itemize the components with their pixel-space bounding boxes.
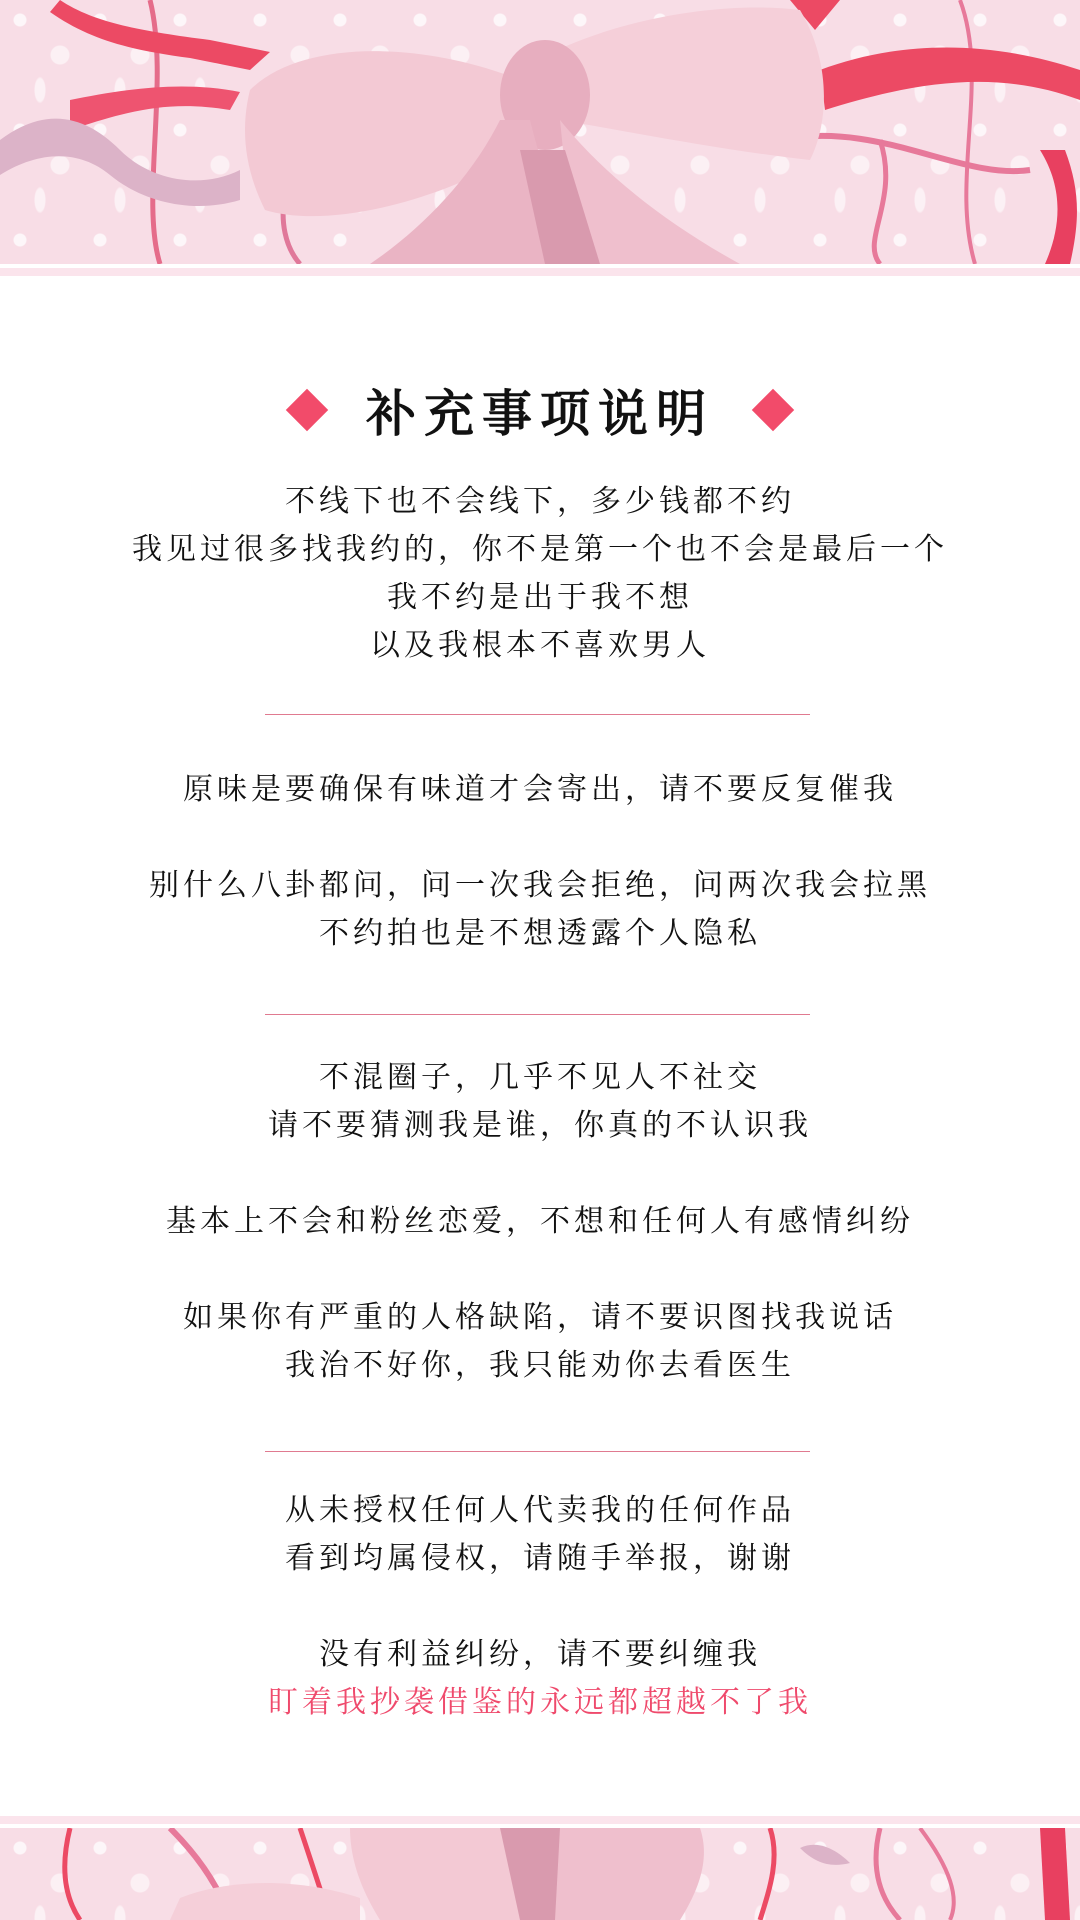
text-line: 没有利益纠纷，请不要纠缠我 (0, 1631, 1080, 1679)
text-line: 如果你有严重的人格缺陷，请不要识图找我说话 (0, 1294, 1080, 1342)
text-line: 不混圈子，几乎不见人不社交 (0, 1054, 1080, 1102)
section-2: 原味是要确保有味道才会寄出，请不要反复催我 别什么八卦都问，问一次我会拒绝，问两… (0, 766, 1080, 958)
title-row: 补充事项说明 (0, 372, 1080, 448)
header-divider-band (0, 268, 1080, 276)
section-divider (265, 1451, 810, 1452)
section-divider (265, 1014, 810, 1015)
header-bow-banner (0, 0, 1080, 264)
text-line: 不约拍也是不想透露个人隐私 (0, 910, 1080, 958)
text-line: 请不要猜测我是谁，你真的不认识我 (0, 1102, 1080, 1150)
bow-ribbon-illustration (0, 1828, 1080, 1920)
text-line: 我见过很多找我约的，你不是第一个也不会是最后一个 (0, 526, 1080, 574)
bow-ribbon-illustration (0, 0, 1080, 264)
diamond-icon (752, 389, 794, 431)
section-1: 不线下也不会线下，多少钱都不约 我见过很多找我约的，你不是第一个也不会是最后一个… (0, 478, 1080, 670)
section-3: 不混圈子，几乎不见人不社交 请不要猜测我是谁，你真的不认识我 基本上不会和粉丝恋… (0, 1054, 1080, 1390)
text-line: 不线下也不会线下，多少钱都不约 (0, 478, 1080, 526)
footer-divider-band (0, 1816, 1080, 1824)
text-line: 看到均属侵权，请随手举报，谢谢 (0, 1535, 1080, 1583)
text-line: 原味是要确保有味道才会寄出，请不要反复催我 (0, 766, 1080, 814)
section-divider (265, 714, 810, 715)
text-line: 我不约是出于我不想 (0, 574, 1080, 622)
footer-bow-banner (0, 1828, 1080, 1920)
accent-text-line: 盯着我抄袭借鉴的永远都超越不了我 (0, 1679, 1080, 1727)
text-line: 我治不好你，我只能劝你去看医生 (0, 1342, 1080, 1390)
diamond-icon (286, 389, 328, 431)
text-line: 基本上不会和粉丝恋爱，不想和任何人有感情纠纷 (0, 1198, 1080, 1246)
text-line: 以及我根本不喜欢男人 (0, 622, 1080, 670)
text-line: 别什么八卦都问，问一次我会拒绝，问两次我会拉黑 (0, 862, 1080, 910)
text-line: 从未授权任何人代卖我的任何作品 (0, 1487, 1080, 1535)
section-4: 从未授权任何人代卖我的任何作品 看到均属侵权，请随手举报，谢谢 没有利益纠纷，请… (0, 1487, 1080, 1727)
page-title: 补充事项说明 (366, 374, 714, 446)
